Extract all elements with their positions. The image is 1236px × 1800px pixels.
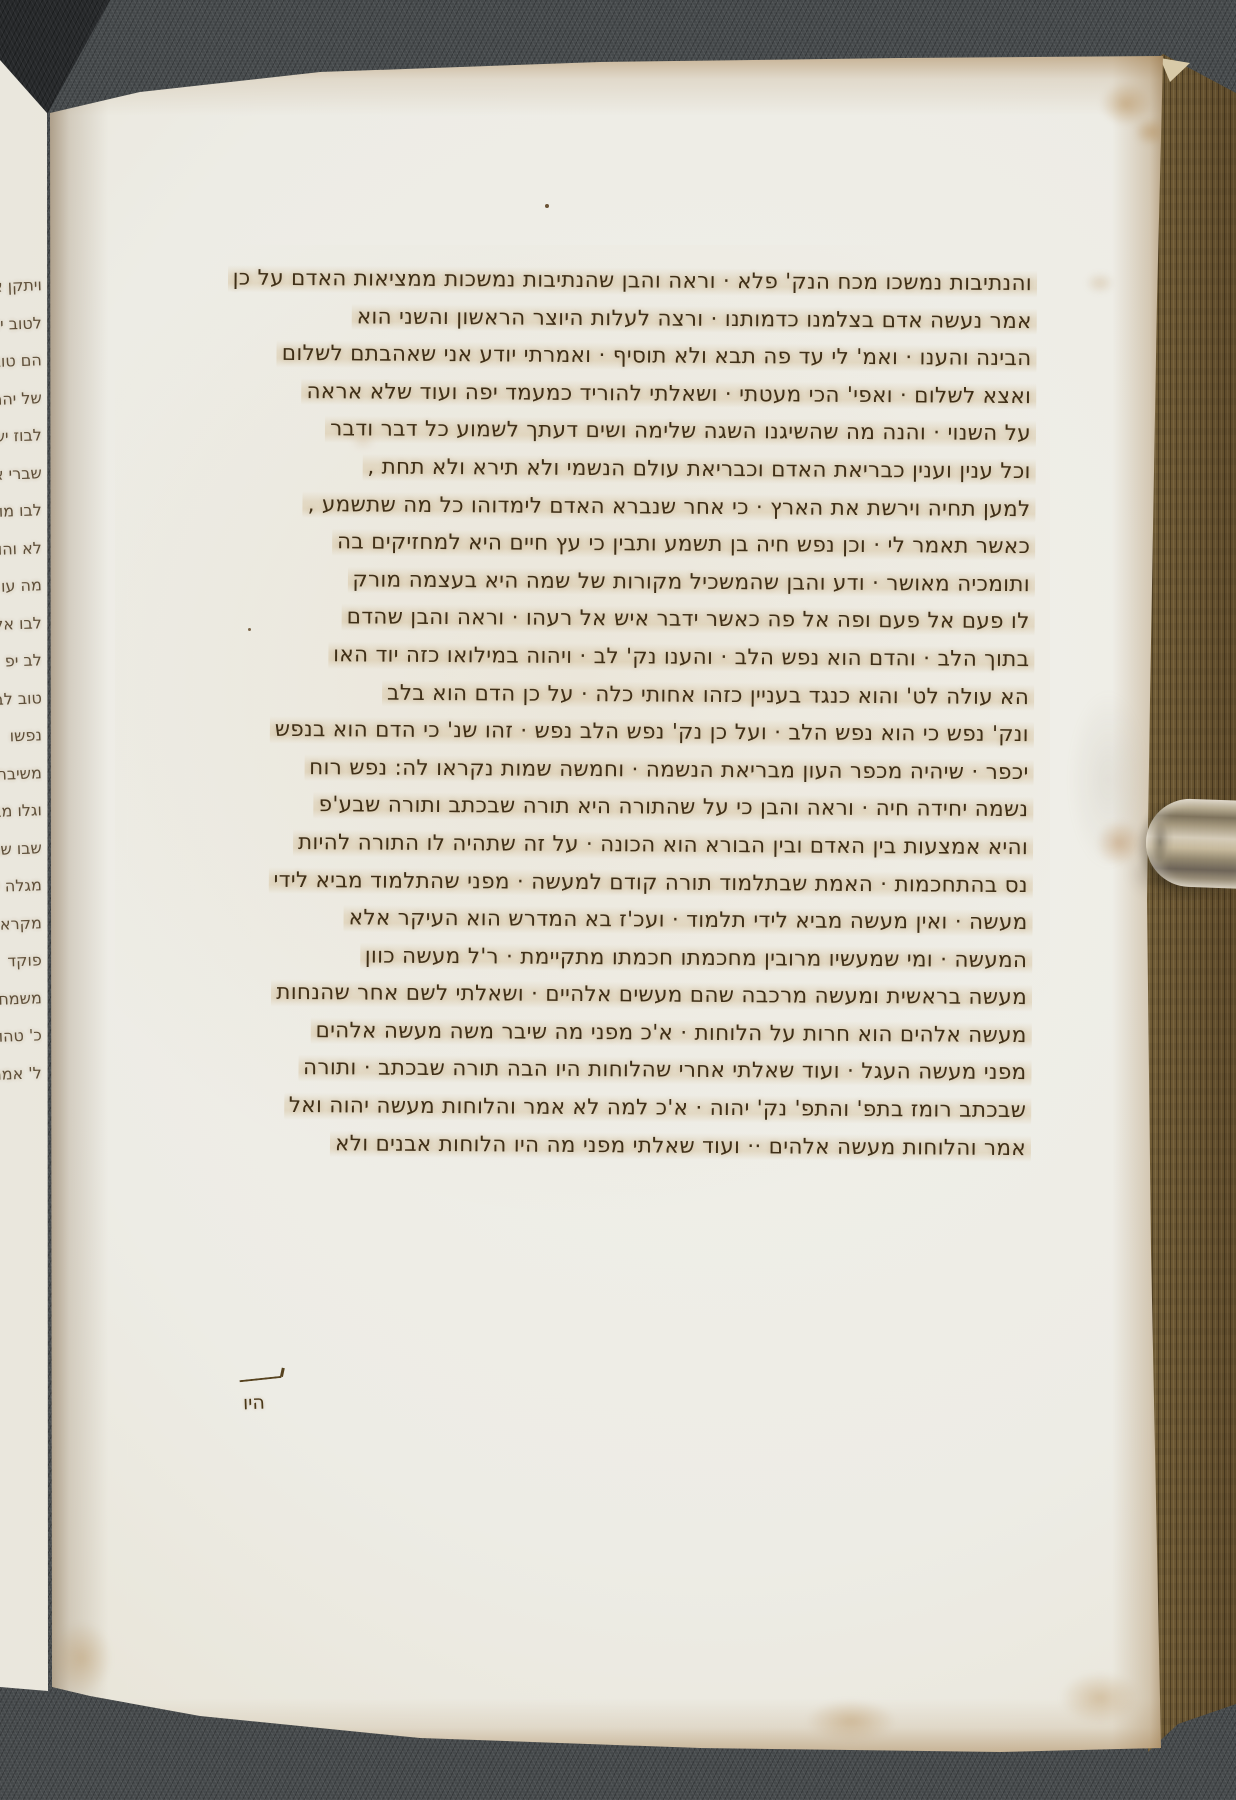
manuscript-line: לו פעם אל פעם ופה אל פה כאשר ידבר איש אל… xyxy=(342,599,1035,641)
manuscript-line: יכפר · שיהיה מכפר העון מבריאת הנשמה · וח… xyxy=(304,749,1034,792)
manuscript-line: בתוך הלב · והדם הוא נפש הלב · והענו נק' … xyxy=(328,636,1034,679)
manuscript-line: וכל ענין וענין כבריאת האדם וכבריאת עולם … xyxy=(362,448,1036,490)
foxing-stain xyxy=(52,1622,112,1694)
facing-page-text-fragment: שברי א xyxy=(0,463,43,494)
facing-page-text-fragment: מקרא xyxy=(0,913,43,944)
facing-page-text-fragment: הם טוב xyxy=(0,350,43,381)
facing-page-text-fragment: משיבת xyxy=(0,763,43,794)
facing-page-text-fragment: לא והו xyxy=(0,538,43,569)
facing-page-text-fragment: לבו מול xyxy=(0,500,43,531)
facing-page-text-fragment: ל' אמת xyxy=(0,1063,43,1094)
manuscript-line: ואצא לשלום · ואפי' הכי מעטתי · ושאלתי לה… xyxy=(301,373,1036,416)
manuscript-line: אמר נעשה אדם בצלמנו כדמותנו · ורצה לעלות… xyxy=(352,298,1037,340)
facing-page-text-fragment: מגלה י xyxy=(0,875,43,906)
foxing-stain xyxy=(1085,272,1115,294)
facing-page-text-fragment: פוקד xyxy=(0,950,43,981)
facing-page-text-fragment: טוב לב xyxy=(0,688,43,719)
manuscript-line: הבינה והענו · ואמ' לי עד פה תבא ולא תוסי… xyxy=(277,335,1037,378)
foxing-stain xyxy=(806,1700,896,1742)
manuscript-line: על השנוי · והנה מה שהשיגנו השגה שלימה וש… xyxy=(325,411,1036,454)
facing-page-text-fragment: לב יפ xyxy=(0,650,43,681)
glass-page-weight xyxy=(1144,797,1236,888)
gutter-shadow xyxy=(46,95,124,1705)
facing-page-text-fragment: נפשו xyxy=(0,725,43,756)
manuscript-photo: ויתקן אמ לטוב יצ הם טוב של יהם לבוז יש ש… xyxy=(0,0,1236,1800)
manuscript-line: מעשה · ואין מעשה מביא לידי תלמוד · ועכ'ז… xyxy=(344,899,1033,941)
facing-page-text-fragment: משמח xyxy=(0,988,43,1019)
manuscript-line: הא עולה לט' והוא כנגד בעניין כזהו אחותי … xyxy=(382,674,1034,716)
manuscript-line: מעשה אלהים הוא חרות על הלוחות · א'כ מפני… xyxy=(310,1012,1031,1055)
hebrew-text-block: והנתיבות נמשכו מכח הנק' פלא · וראה והבן … xyxy=(125,259,1037,1168)
facing-page-text-fragment: וגלו מב xyxy=(0,800,43,831)
catchword: היו xyxy=(243,1392,266,1415)
manuscript-line: מעשה בראשית ומעשה מרכבה שהם מעשים אלהיים… xyxy=(271,974,1032,1017)
facing-page-text-fragment: מה עו xyxy=(0,575,43,606)
manuscript-line: למען תחיה וירשת את הארץ · כי אחר שנברא ה… xyxy=(303,486,1036,529)
manuscript-line: ותומכיה מאושר · ודע והבן שהמשכיל מקורות … xyxy=(347,561,1035,603)
manuscript-line: המעשה · ומי שמעשיו מרובין מחכמתו חכמתו מ… xyxy=(360,937,1033,979)
manuscript-line: ונק' נפש כי הוא נפש הלב · ועל כן נק' נפש… xyxy=(270,711,1034,754)
manuscript-line: והנתיבות נמשכו מכח הנק' פלא · וראה והבן … xyxy=(228,260,1038,303)
manuscript-line: כאשר תאמר לי · וכן נפש חיה בן תשמע ותבין… xyxy=(332,523,1035,566)
manuscript-line: אמר והלוחות מעשה אלהים ·· ועוד שאלתי מפנ… xyxy=(330,1125,1031,1167)
manuscript-line: מפני מעשה העגל · ועוד שאלתי אחרי שהלוחות… xyxy=(298,1050,1032,1093)
foxing-stain xyxy=(1060,1672,1140,1724)
catchword-flourish xyxy=(239,1376,282,1392)
manuscript-line: והיא אמצעות בין האדם ובין הבורא הוא הכונ… xyxy=(293,824,1033,867)
rust-stain xyxy=(1096,820,1142,866)
facing-page-text-fragment: לבוז יש xyxy=(0,425,43,456)
facing-page-text-fragment: ויתקן אמ xyxy=(0,275,43,306)
manuscript-line: נס בהתחכמות · האמת שבתלמוד תורה קודם למע… xyxy=(268,861,1032,904)
ink-speck xyxy=(545,204,549,208)
facing-page-text-fragment: כ' טהור xyxy=(0,1025,43,1056)
facing-page-text-fragment: של יהם xyxy=(0,388,43,419)
facing-page-text-fragment: שבו שב xyxy=(0,838,43,869)
manuscript-page: והנתיבות נמשכו מכח הנק' פלא · וראה והבן … xyxy=(0,0,1236,1800)
facing-page-text-fragment: לטוב יצ xyxy=(0,313,43,344)
manuscript-line: שבכתב רומז בתפ' והתפ' נק' יהוה · א'כ למה… xyxy=(284,1087,1032,1130)
manuscript-line: נשמה יחידה חיה · וראה והבן כי על שהתורה … xyxy=(314,786,1034,829)
facing-page-text-fragment: לבו אלה xyxy=(0,613,43,644)
